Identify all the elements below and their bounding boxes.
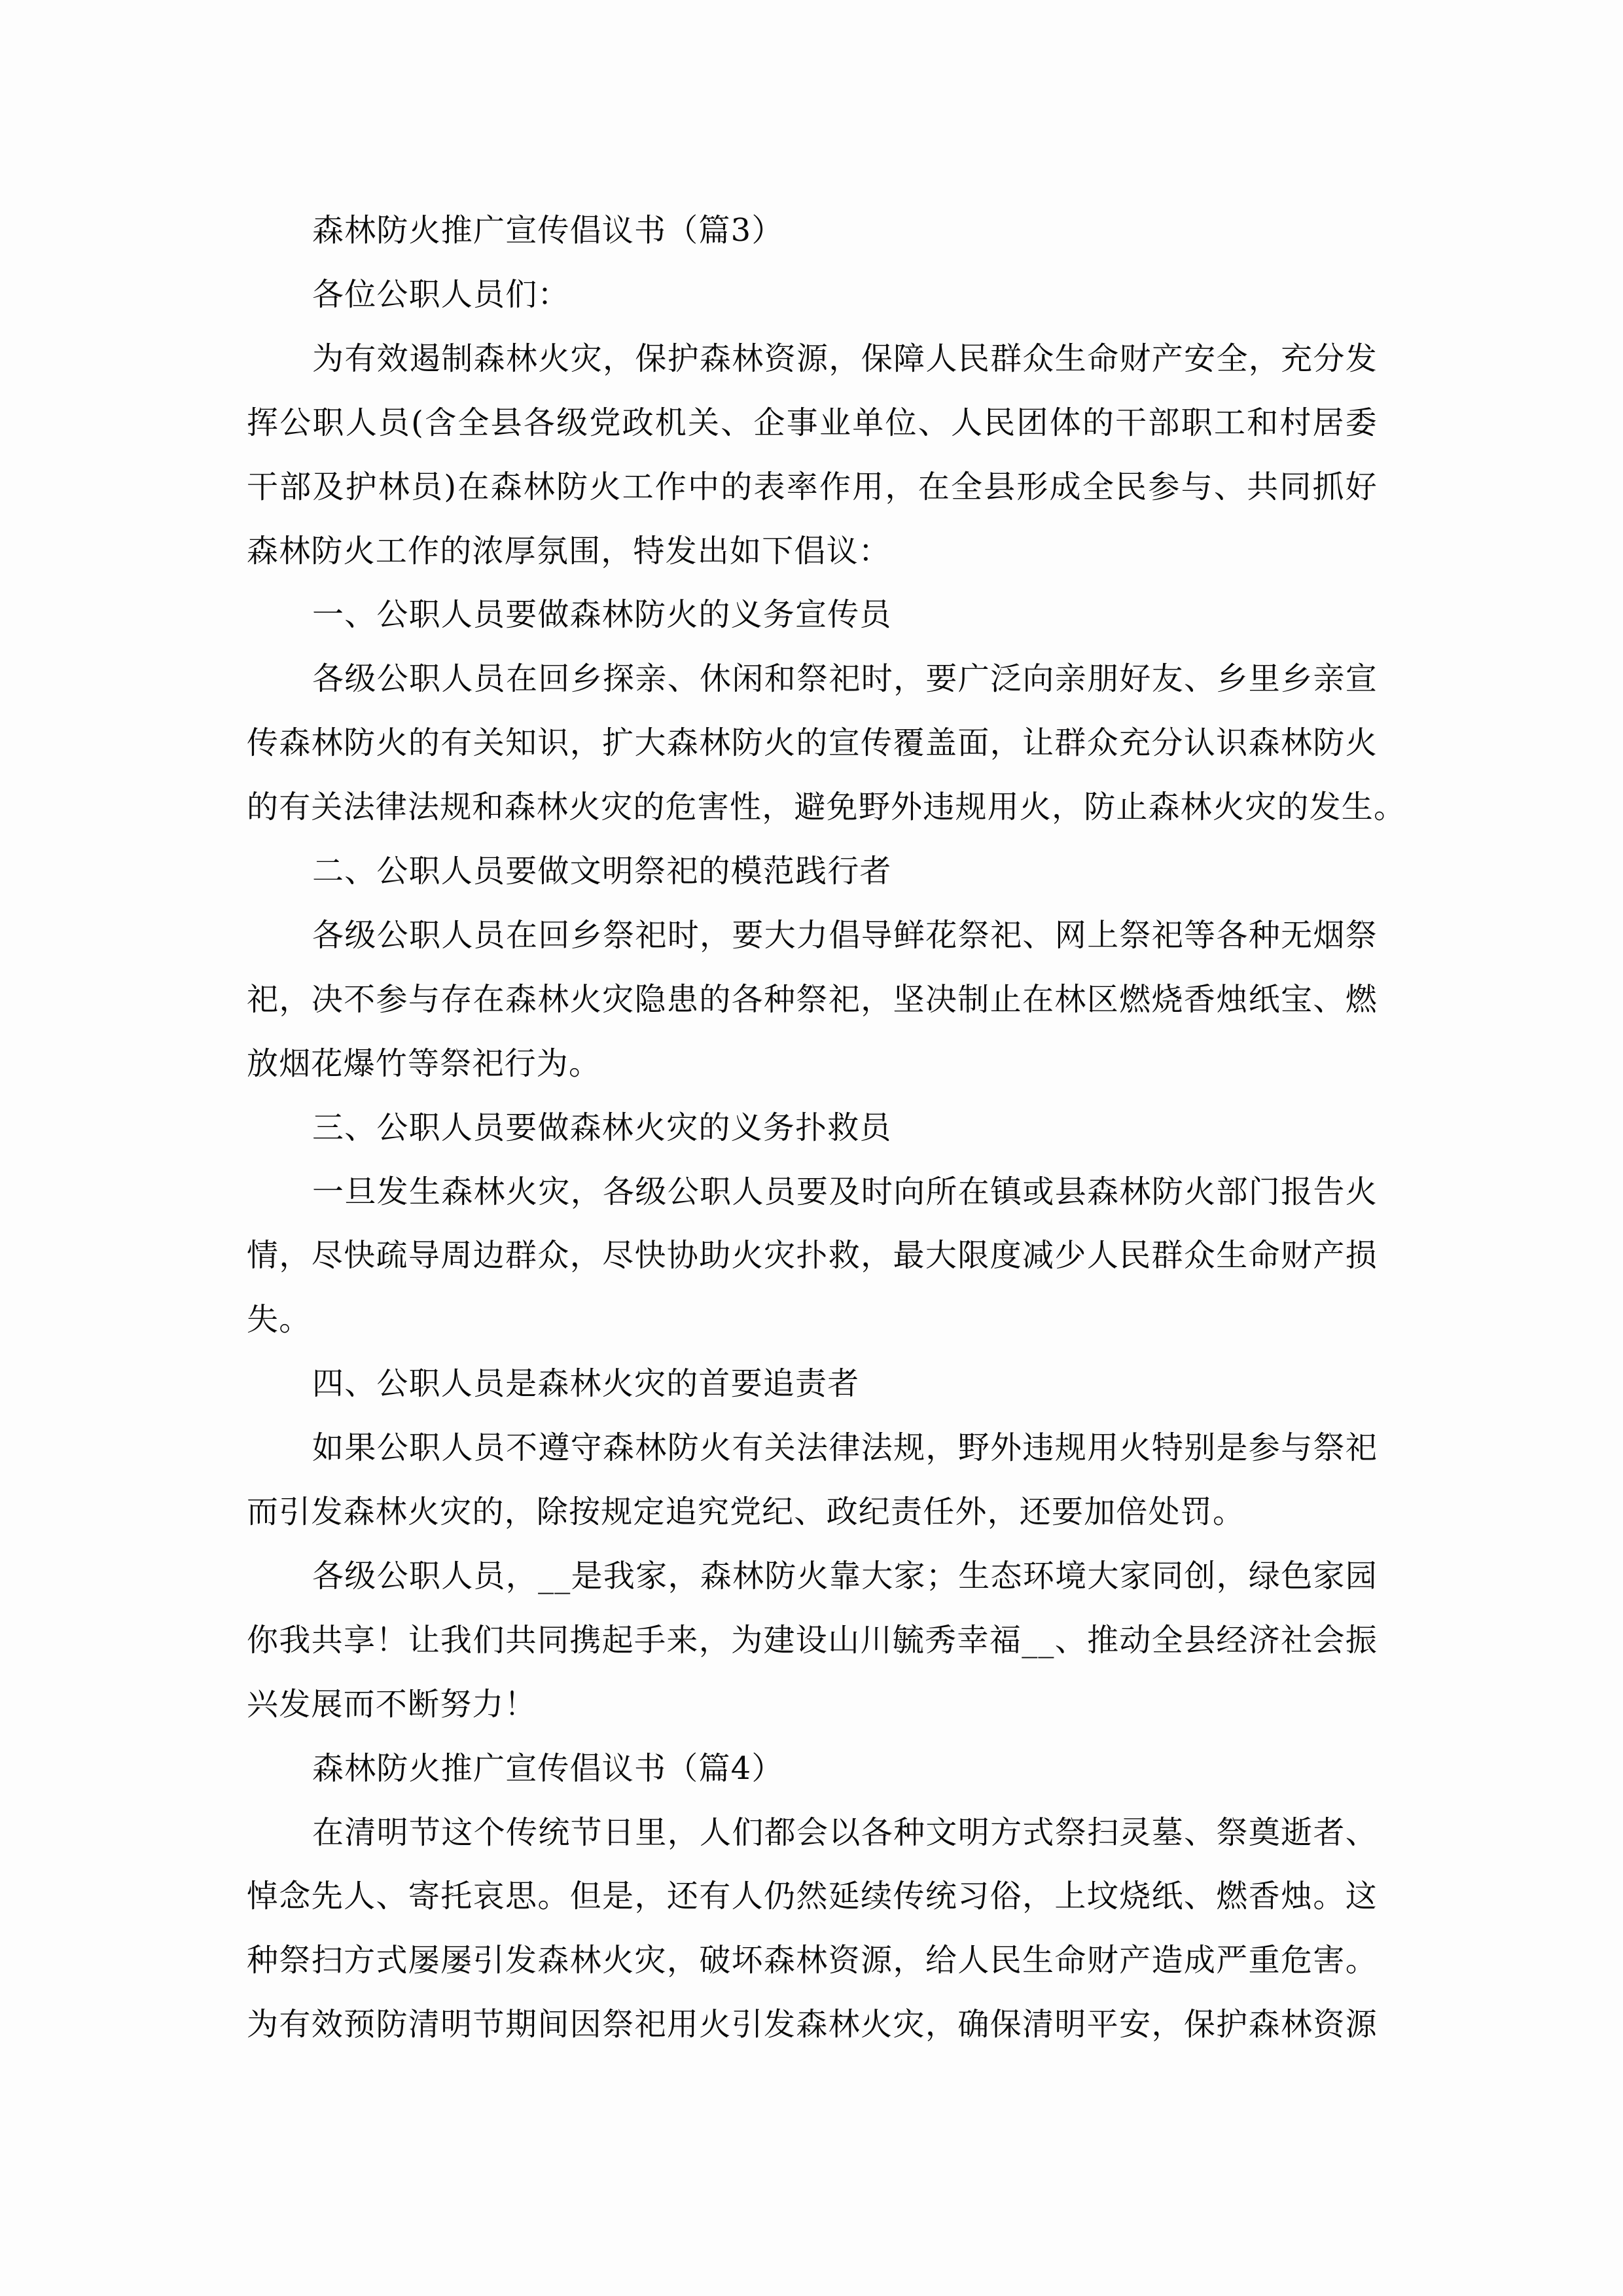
paragraph-line: 的有关法律法规和森林火灾的危害性，避免野外违规用火，防止森林火灾的发生。	[247, 787, 1378, 827]
paragraph-line: 各级公职人员，__是我家，森林防火靠大家；生态环境大家同创，绿色家园	[312, 1556, 1378, 1596]
paragraph-line: 森林防火工作的浓厚氛围，特发出如下倡议：	[247, 531, 1378, 571]
paragraph-line: 干部及护林员)在森林防火工作中的表率作用，在全县形成全民参与、共同抓好	[247, 467, 1378, 507]
paragraph-line: 各级公职人员在回乡祭祀时，要大力倡导鲜花祭祀、网上祭祀等各种无烟祭	[312, 916, 1378, 955]
paragraph-line: 你我共享！让我们共同携起手来，为建设山川毓秀幸福__、推动全县经济社会振	[247, 1621, 1378, 1660]
paragraph-line: 而引发森林火灾的，除按规定追究党纪、政纪责任外，还要加倍处罚。	[247, 1492, 1378, 1532]
paragraph-line: 为有效预防清明节期间因祭祀用火引发森林火灾，确保清明平安，保护森林资源	[247, 2005, 1378, 2044]
paragraph-line: 为有效遏制森林火灾，保护森林资源，保障人民群众生命财产安全，充分发	[312, 339, 1378, 378]
paragraph-line: 一旦发生森林火灾，各级公职人员要及时向所在镇或县森林防火部门报告火	[312, 1172, 1378, 1211]
paragraph-line: 在清明节这个传统节日里，人们都会以各种文明方式祭扫灵墓、祭奠逝者、	[312, 1813, 1378, 1852]
paragraph-line: 种祭扫方式屡屡引发森林火灾，破坏森林资源，给人民生命财产造成严重危害。	[247, 1941, 1378, 1980]
paragraph-line: 如果公职人员不遵守森林防火有关法律法规，野外违规用火特别是参与祭祀	[312, 1428, 1378, 1467]
paragraph-line: 祀，决不参与存在森林火灾隐患的各种祭祀，坚决制止在林区燃烧香烛纸宝、燃	[247, 980, 1378, 1019]
paragraph-line: 情，尽快疏导周边群众，尽快协助火灾扑救，最大限度减少人民群众生命财产损	[247, 1236, 1378, 1275]
document-page: 森林防火推广宣传倡议书（篇3） 各位公职人员们： 为有效遏制森林火灾，保护森林资…	[0, 0, 1623, 2296]
salutation: 各位公职人员们：	[312, 275, 1378, 314]
section-heading-2: 二、公职人员要做文明祭祀的模范践行者	[312, 852, 1378, 891]
paragraph-line: 失。	[247, 1300, 1378, 1339]
paragraph-line: 挥公职人员(含全县各级党政机关、企事业单位、人民团体的干部职工和村居委	[247, 403, 1378, 442]
paragraph-line: 悼念先人、寄托哀思。但是，还有人仍然延续传统习俗，上坟烧纸、燃香烛。这	[247, 1876, 1378, 1916]
heading-part-4: 森林防火推广宣传倡议书（篇4）	[312, 1749, 1378, 1788]
section-heading-3: 三、公职人员要做森林火灾的义务扑救员	[312, 1108, 1378, 1147]
paragraph-line: 传森林防火的有关知识，扩大森林防火的宣传覆盖面，让群众充分认识森林防火	[247, 723, 1378, 762]
section-heading-4: 四、公职人员是森林火灾的首要追责者	[312, 1364, 1378, 1403]
paragraph-line: 各级公职人员在回乡探亲、休闲和祭祀时，要广泛向亲朋好友、乡里乡亲宣	[312, 659, 1378, 698]
heading-part-3: 森林防火推广宣传倡议书（篇3）	[312, 211, 1378, 250]
paragraph-line: 兴发展而不断努力！	[247, 1685, 1378, 1724]
paragraph-line: 放烟花爆竹等祭祀行为。	[247, 1044, 1378, 1083]
section-heading-1: 一、公职人员要做森林防火的义务宣传员	[312, 595, 1378, 634]
